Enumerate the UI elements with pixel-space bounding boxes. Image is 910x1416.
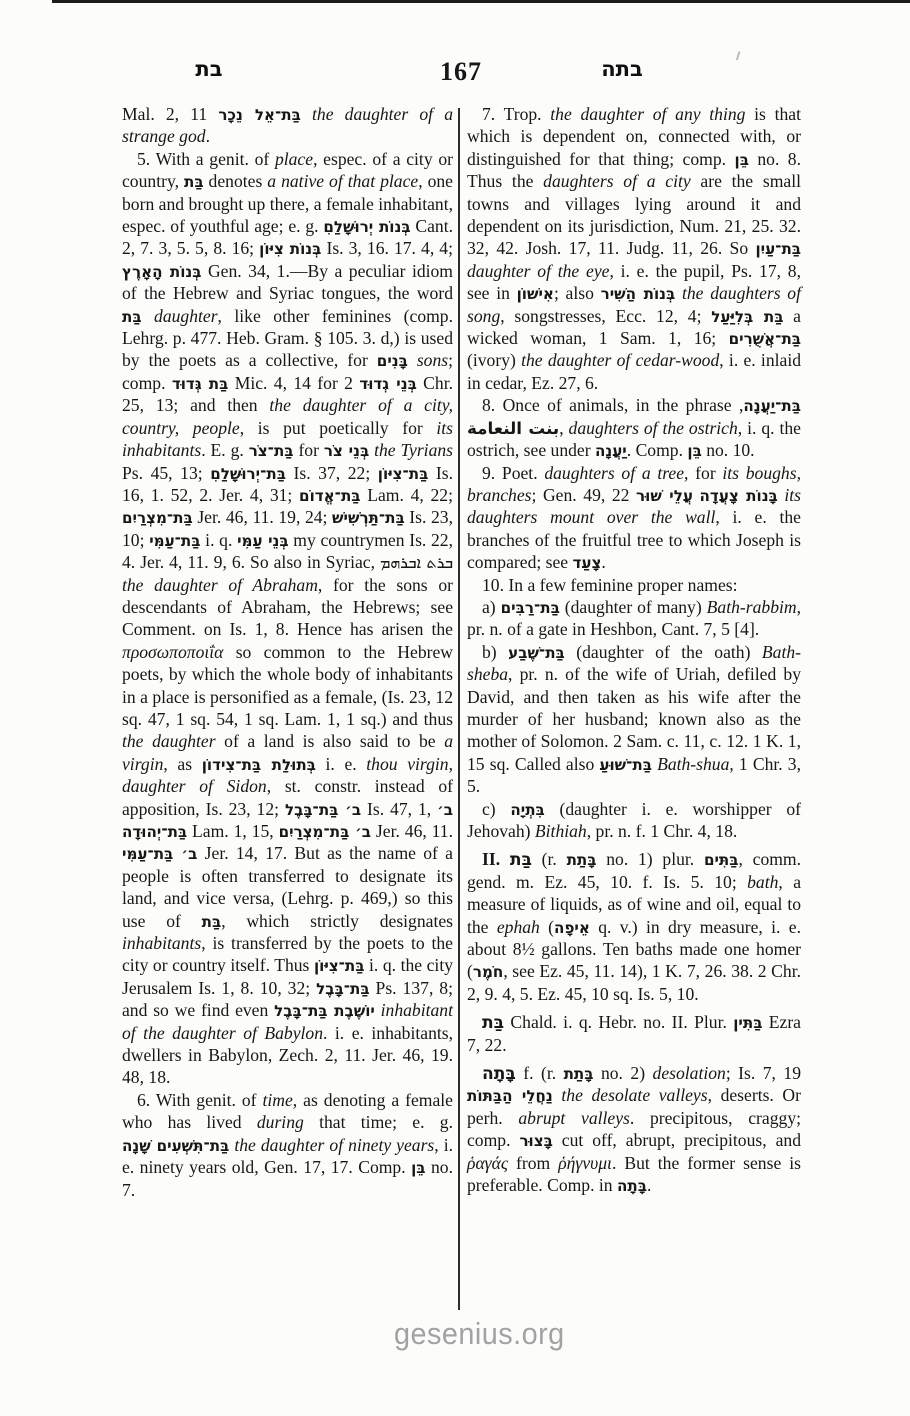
sense-10a-paragraph: a) בַּת־רַבִּים (daughter of many) Bath-… [467, 596, 801, 641]
sense-6-paragraph: 6. With genit. of time, as denoting a fe… [122, 1089, 453, 1201]
scanned-lexicon-page: בת 167 בתה Mal. 2, 11 בַּת־אֵל נֵכָר the… [0, 0, 910, 1416]
sense-10b-paragraph: b) בַּת־שֶׁבַע (daughter of the oath) Ba… [467, 641, 801, 798]
sense-8-paragraph: 8. Once of animals, in the phrase בַּת־י… [467, 394, 801, 461]
left-column: Mal. 2, 11 בַּת־אֵל נֵכָר the daughter o… [122, 103, 453, 1201]
right-column: 7. Trop. the daughter of any thing is th… [467, 103, 801, 1197]
continuation-paragraph: Mal. 2, 11 בַּת־אֵל נֵכָר the daughter o… [122, 103, 453, 148]
running-head-right-catchword: בתה [594, 57, 650, 81]
sense-10-paragraph: 10. In a few feminine proper names: [467, 574, 801, 596]
entry-bathah-paragraph: בָּתָה f. (r. בָּתַת no. 2) desolation; … [467, 1062, 801, 1196]
page-top-edge-line [52, 0, 910, 3]
column-divider-rule [458, 108, 460, 1310]
running-head-left-catchword: בת [184, 57, 234, 81]
sense-5-paragraph: 5. With a genit. of place, espec. of a c… [122, 148, 453, 1089]
sense-10c-paragraph: c) בִּתְיָה (daughter i. e. worshipper o… [467, 798, 801, 843]
page-number: 167 [416, 57, 506, 87]
watermark: gesenius.org [394, 1316, 565, 1352]
entry-bath-ii-paragraph: II. בַּת (r. בָּתַת no. 1) plur. בַּתִּי… [467, 848, 801, 1005]
entry-bath-chaldee-paragraph: בַּת Chald. i. q. Hebr. no. II. Plur. בַ… [467, 1011, 801, 1056]
sense-7-paragraph: 7. Trop. the daughter of any thing is th… [467, 103, 801, 394]
scan-speck [736, 51, 744, 61]
sense-9-paragraph: 9. Poet. daughters of a tree, for its bo… [467, 462, 801, 574]
